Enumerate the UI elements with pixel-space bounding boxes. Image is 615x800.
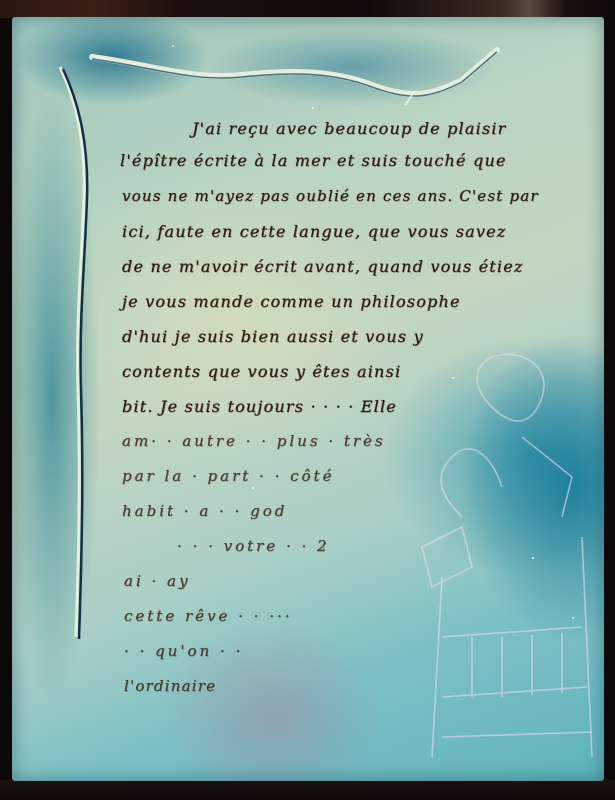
manuscript-line: l'ordinaire	[124, 677, 216, 695]
encaustic-panel: J'ai reçu avec beaucoup de plaisir l'épî…	[12, 17, 604, 781]
manuscript-line: habit · a · · god	[122, 502, 287, 520]
manuscript-line: vous ne m'ayez pas oublié en ces ans. C'…	[122, 187, 539, 205]
dark-shelf-bottom	[0, 780, 615, 800]
manuscript-line: de ne m'avoir écrit avant, quand vous ét…	[122, 257, 524, 276]
manuscript-line: ici, faute en cette langue, que vous sav…	[122, 222, 506, 241]
wax-sparkle	[252, 487, 254, 489]
handwritten-manuscript: J'ai reçu avec beaucoup de plaisir l'épî…	[12, 17, 604, 781]
dark-backdrop-top	[0, 0, 615, 18]
manuscript-line: cette rêve · · ···	[124, 607, 293, 625]
wax-sparkle	[452, 377, 454, 379]
wax-sparkle	[312, 107, 314, 109]
manuscript-line: contents que vous y êtes ainsi	[122, 362, 401, 381]
manuscript-line: ai · ay	[124, 572, 190, 590]
manuscript-line: par la · part · · côté	[122, 467, 334, 485]
manuscript-line: · · · votre · · 2	[177, 537, 330, 555]
wax-sparkle	[572, 617, 574, 619]
manuscript-line: je vous mande comme un philosophe	[122, 292, 461, 311]
wax-sparkle	[172, 45, 174, 47]
wax-sparkle	[532, 557, 534, 559]
manuscript-line: J'ai reçu avec beaucoup de plaisir	[192, 119, 507, 138]
manuscript-line: bit. Je suis toujours · · · · Elle	[122, 397, 397, 416]
manuscript-line: d'hui je suis bien aussi et vous y	[122, 327, 424, 346]
manuscript-line: l'épître écrite à la mer et suis touché …	[120, 151, 507, 170]
manuscript-line: · · qu'on · ·	[124, 642, 243, 660]
manuscript-line: am· · autre · · plus · très	[122, 432, 386, 450]
